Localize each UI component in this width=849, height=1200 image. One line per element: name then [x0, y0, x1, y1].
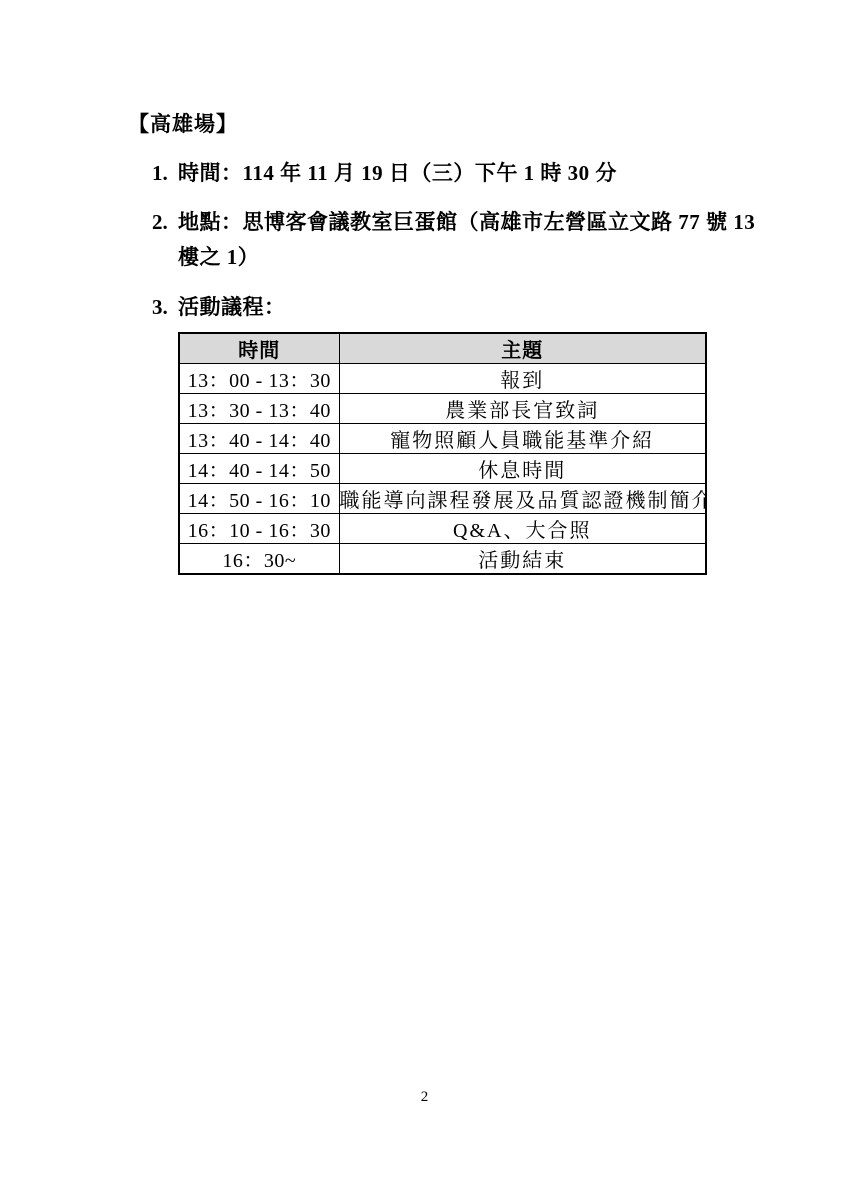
agenda-table: 時間 主題 13：00 - 13：30 報到 13：30 - 13：40 農業部… [178, 332, 707, 575]
agenda-topic-cell: 活動結束 [339, 544, 706, 575]
table-row: 13：00 - 13：30 報到 [179, 364, 706, 394]
agenda-time-cell: 16：30~ [179, 544, 339, 575]
agenda-time-cell: 16：10 - 16：30 [179, 514, 339, 544]
location-line-1: 地點：思博客會議教室巨蛋館（高雄市左營區立文路 77 號 13 [178, 205, 755, 240]
table-row: 16：30~ 活動結束 [179, 544, 706, 575]
agenda-topic-cell: 報到 [339, 364, 706, 394]
list-item-number: 3. [152, 290, 178, 325]
agenda-topic-cell: 農業部長官致詞 [339, 394, 706, 424]
agenda-time-cell: 14：40 - 14：50 [179, 454, 339, 484]
list-item-text: 時間：114 年 11 月 19 日（三）下午 1 時 30 分 [178, 156, 617, 191]
agenda-time-cell: 13：30 - 13：40 [179, 394, 339, 424]
agenda-time-cell: 13：40 - 14：40 [179, 424, 339, 454]
table-row: 13：40 - 14：40 寵物照顧人員職能基準介紹 [179, 424, 706, 454]
agenda-header-topic: 主題 [339, 333, 706, 364]
table-row: 13：30 - 13：40 農業部長官致詞 [179, 394, 706, 424]
agenda-header-row: 時間 主題 [179, 333, 706, 364]
agenda-topic-cell: Q&A、大合照 [339, 514, 706, 544]
list-item-number: 1. [152, 156, 178, 191]
list-item-text: 地點：思博客會議教室巨蛋館（高雄市左營區立文路 77 號 13 樓之 1） [178, 205, 755, 275]
document-page: 【高雄場】 1. 時間：114 年 11 月 19 日（三）下午 1 時 30 … [0, 0, 849, 1200]
section-heading: 【高雄場】 [128, 111, 238, 137]
list-item-location: 2. 地點：思博客會議教室巨蛋館（高雄市左營區立文路 77 號 13 樓之 1） [152, 205, 755, 275]
agenda-time-cell: 14：50 - 16：10 [179, 484, 339, 514]
table-row: 14：50 - 16：10 職能導向課程發展及品質認證機制簡介 [179, 484, 706, 514]
agenda-header-time: 時間 [179, 333, 339, 364]
page-number: 2 [0, 1089, 849, 1106]
list-item-agenda: 3. 活動議程： [152, 290, 286, 325]
table-row: 14：40 - 14：50 休息時間 [179, 454, 706, 484]
agenda-time-cell: 13：00 - 13：30 [179, 364, 339, 394]
agenda-topic-cell: 職能導向課程發展及品質認證機制簡介 [339, 484, 706, 514]
agenda-topic-cell: 寵物照顧人員職能基準介紹 [339, 424, 706, 454]
location-line-2: 樓之 1） [178, 240, 755, 275]
list-item-number: 2. [152, 205, 178, 275]
list-item-time: 1. 時間：114 年 11 月 19 日（三）下午 1 時 30 分 [152, 156, 617, 191]
agenda-topic-cell: 休息時間 [339, 454, 706, 484]
table-row: 16：10 - 16：30 Q&A、大合照 [179, 514, 706, 544]
list-item-text: 活動議程： [178, 290, 286, 325]
